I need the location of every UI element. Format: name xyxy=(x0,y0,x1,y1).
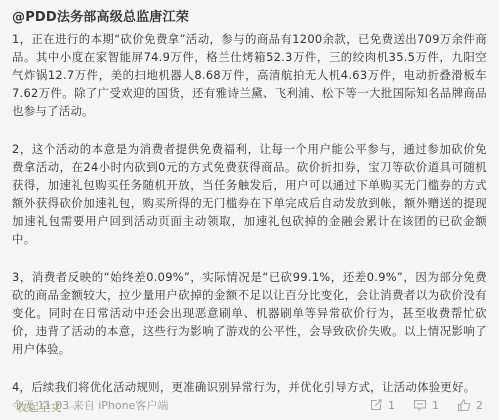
repost-button[interactable]: 1 xyxy=(369,398,395,412)
post-paragraph-2: 2，这个活动的本意是为消费者提供免费福利，让每一个用户能公平参与，通过参加砍价免… xyxy=(12,140,487,248)
post-actions: 1 1 2 xyxy=(369,398,487,412)
post-author[interactable]: @PDD法务部高级总监唐江荣 xyxy=(12,8,487,27)
post-paragraph-3: 3，消费者反映的“始终差0.09%”，实际情况是“已砍99.1%，还差0.9%”… xyxy=(12,268,487,358)
thumbs-up-icon xyxy=(457,398,471,412)
repost-icon xyxy=(369,398,383,412)
repost-count: 1 xyxy=(388,399,395,412)
comment-count: 1 xyxy=(432,399,439,412)
comment-button[interactable]: 1 xyxy=(413,398,439,412)
post-footer: 今天 11:03 来自 iPhone客户端 1 1 xyxy=(12,396,487,414)
post-paragraph-1: 1，正在进行的本期“砍价免费拿”活动，参与的商品有1200余款，已免费送出709… xyxy=(12,30,487,120)
post-timestamp: 今天 11:03 xyxy=(12,399,69,412)
post-source: 来自 iPhone客户端 xyxy=(73,399,169,412)
post-paragraph-4: 4，后续我们将优化活动规则，更准确识别异常行为，并优化引导方式，让活动体验更好。 xyxy=(12,378,487,396)
comment-icon xyxy=(413,398,427,412)
like-count: 2 xyxy=(476,399,483,412)
post-meta: 今天 11:03 来自 iPhone客户端 xyxy=(12,397,168,413)
weibo-post-card: @PDD法务部高级总监唐江荣 1，正在进行的本期“砍价免费拿”活动，参与的商品有… xyxy=(0,0,499,420)
like-button[interactable]: 2 xyxy=(457,398,483,412)
